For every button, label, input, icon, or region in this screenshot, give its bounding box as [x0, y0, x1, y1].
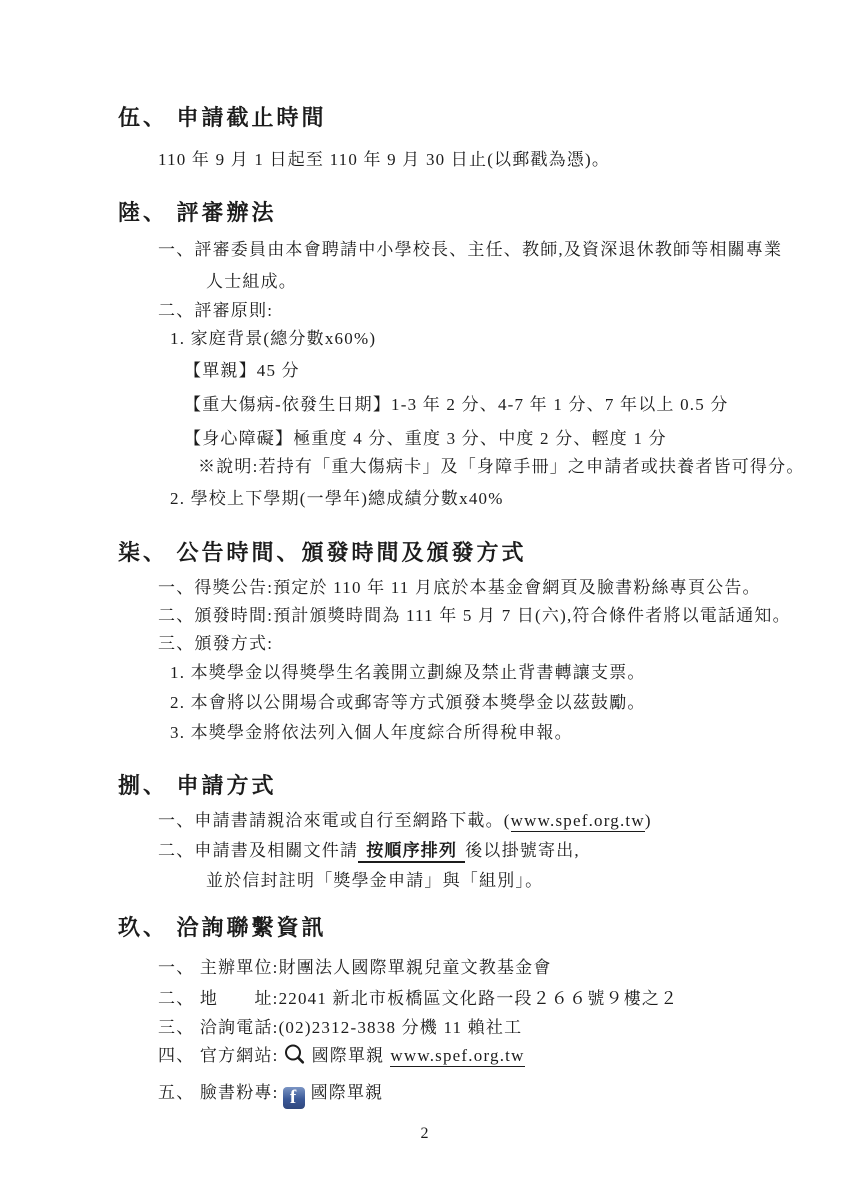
- section8-item2-tail: 後以掛號寄出,: [465, 841, 580, 860]
- section6-item1-line1: 一、評審委員由本會聘請中小學校長、主任、教師,及資深退休教師等相關專業: [158, 238, 849, 262]
- website-link[interactable]: www.spef.org.tw: [511, 811, 645, 832]
- document-page: 伍、 申請截止時間 110 年 9 月 1 日起至 110 年 9 月 30 日…: [0, 0, 849, 1200]
- section5-heading: 伍、 申請截止時間: [118, 103, 849, 133]
- contact-website-line: 四、 官方網站:國際單親www.spef.org.tw: [158, 1043, 849, 1073]
- section6-item2: 二、評審原則:: [158, 299, 849, 323]
- section6-item1-line2: 人士組成。: [206, 270, 849, 294]
- section7-method2: 2. 本會將以公開場合或郵寄等方式頒發本獎學金以茲鼓勵。: [170, 691, 849, 715]
- contact-address: 二、 地 址:22041 新北市板橋區文化路一段２６６號９樓之２: [158, 987, 849, 1011]
- section6-heading: 陸、 評審辦法: [118, 198, 849, 228]
- contact-facebook-name: 國際單親: [311, 1083, 384, 1102]
- section6-sub1-major-illness: 【重大傷病-依發生日期】1-3 年 2 分、4-7 年 1 分、7 年以上 0.…: [184, 393, 849, 417]
- section7-item2: 二、頒發時間:預計頒獎時間為 111 年 5 月 7 日(六),符合條件者將以電…: [158, 604, 849, 628]
- section8-heading: 捌、 申請方式: [118, 771, 849, 801]
- section6-sub2: 2. 學校上下學期(一學年)總成績分數x40%: [170, 487, 849, 511]
- contact-organizer: 一、 主辦單位:財團法人國際單親兒童文教基金會: [158, 956, 849, 980]
- section6-sub1-disability: 【身心障礙】極重度 4 分、重度 3 分、中度 2 分、輕度 1 分: [184, 427, 849, 451]
- section8-item2-emphasis: 按順序排列: [358, 841, 465, 863]
- section7-item1: 一、得獎公告:預定於 110 年 11 月底於本基金會網頁及臉書粉絲專頁公告。: [158, 576, 849, 600]
- section6-sub1-note: ※說明:若持有「重大傷病卡」及「身障手冊」之申請者或扶養者皆可得分。: [198, 455, 849, 479]
- section7-item3: 三、頒發方式:: [158, 632, 849, 656]
- section7-method3: 3. 本獎學金將依法列入個人年度綜合所得稅申報。: [170, 721, 849, 745]
- section8-item1: 一、申請書請親洽來電或自行至網路下載。(www.spef.org.tw): [158, 809, 849, 833]
- section8-item2-text: 二、申請書及相關文件請: [158, 841, 358, 860]
- section8-item2-continuation: 並於信封註明「獎學金申請」與「組別」。: [206, 869, 849, 893]
- page-number: 2: [0, 1122, 849, 1146]
- section8-item1-text: 一、申請書請親洽來電或自行至網路下載。(: [158, 811, 511, 830]
- contact-website-label: 四、 官方網站:: [158, 1046, 279, 1065]
- section7-method1: 1. 本獎學金以得獎學生名義開立劃線及禁止背書轉讓支票。: [170, 661, 849, 685]
- section9-heading: 玖、 洽詢聯繫資訊: [118, 913, 849, 943]
- section6-sub1-single-parent: 【單親】45 分: [184, 359, 849, 383]
- search-icon: [283, 1043, 306, 1073]
- section5-deadline: 110 年 9 月 1 日起至 110 年 9 月 30 日止(以郵戳為憑)。: [158, 148, 849, 172]
- contact-facebook-label: 五、 臉書粉專:: [158, 1083, 279, 1102]
- contact-website-name: 國際單親: [312, 1046, 385, 1065]
- section7-heading: 柒、 公告時間、頒發時間及頒發方式: [118, 538, 849, 568]
- section8-item2: 二、申請書及相關文件請按順序排列後以掛號寄出,: [158, 839, 849, 863]
- facebook-icon: f: [283, 1087, 305, 1109]
- contact-facebook-line: 五、 臉書粉專:f國際單親: [158, 1081, 849, 1109]
- contact-website-url[interactable]: www.spef.org.tw: [390, 1046, 524, 1067]
- contact-phone: 三、 洽詢電話:(02)2312-3838 分機 11 賴社工: [158, 1016, 849, 1040]
- section8-item1-close: ): [645, 811, 652, 830]
- section6-sub1: 1. 家庭背景(總分數x60%): [170, 327, 849, 351]
